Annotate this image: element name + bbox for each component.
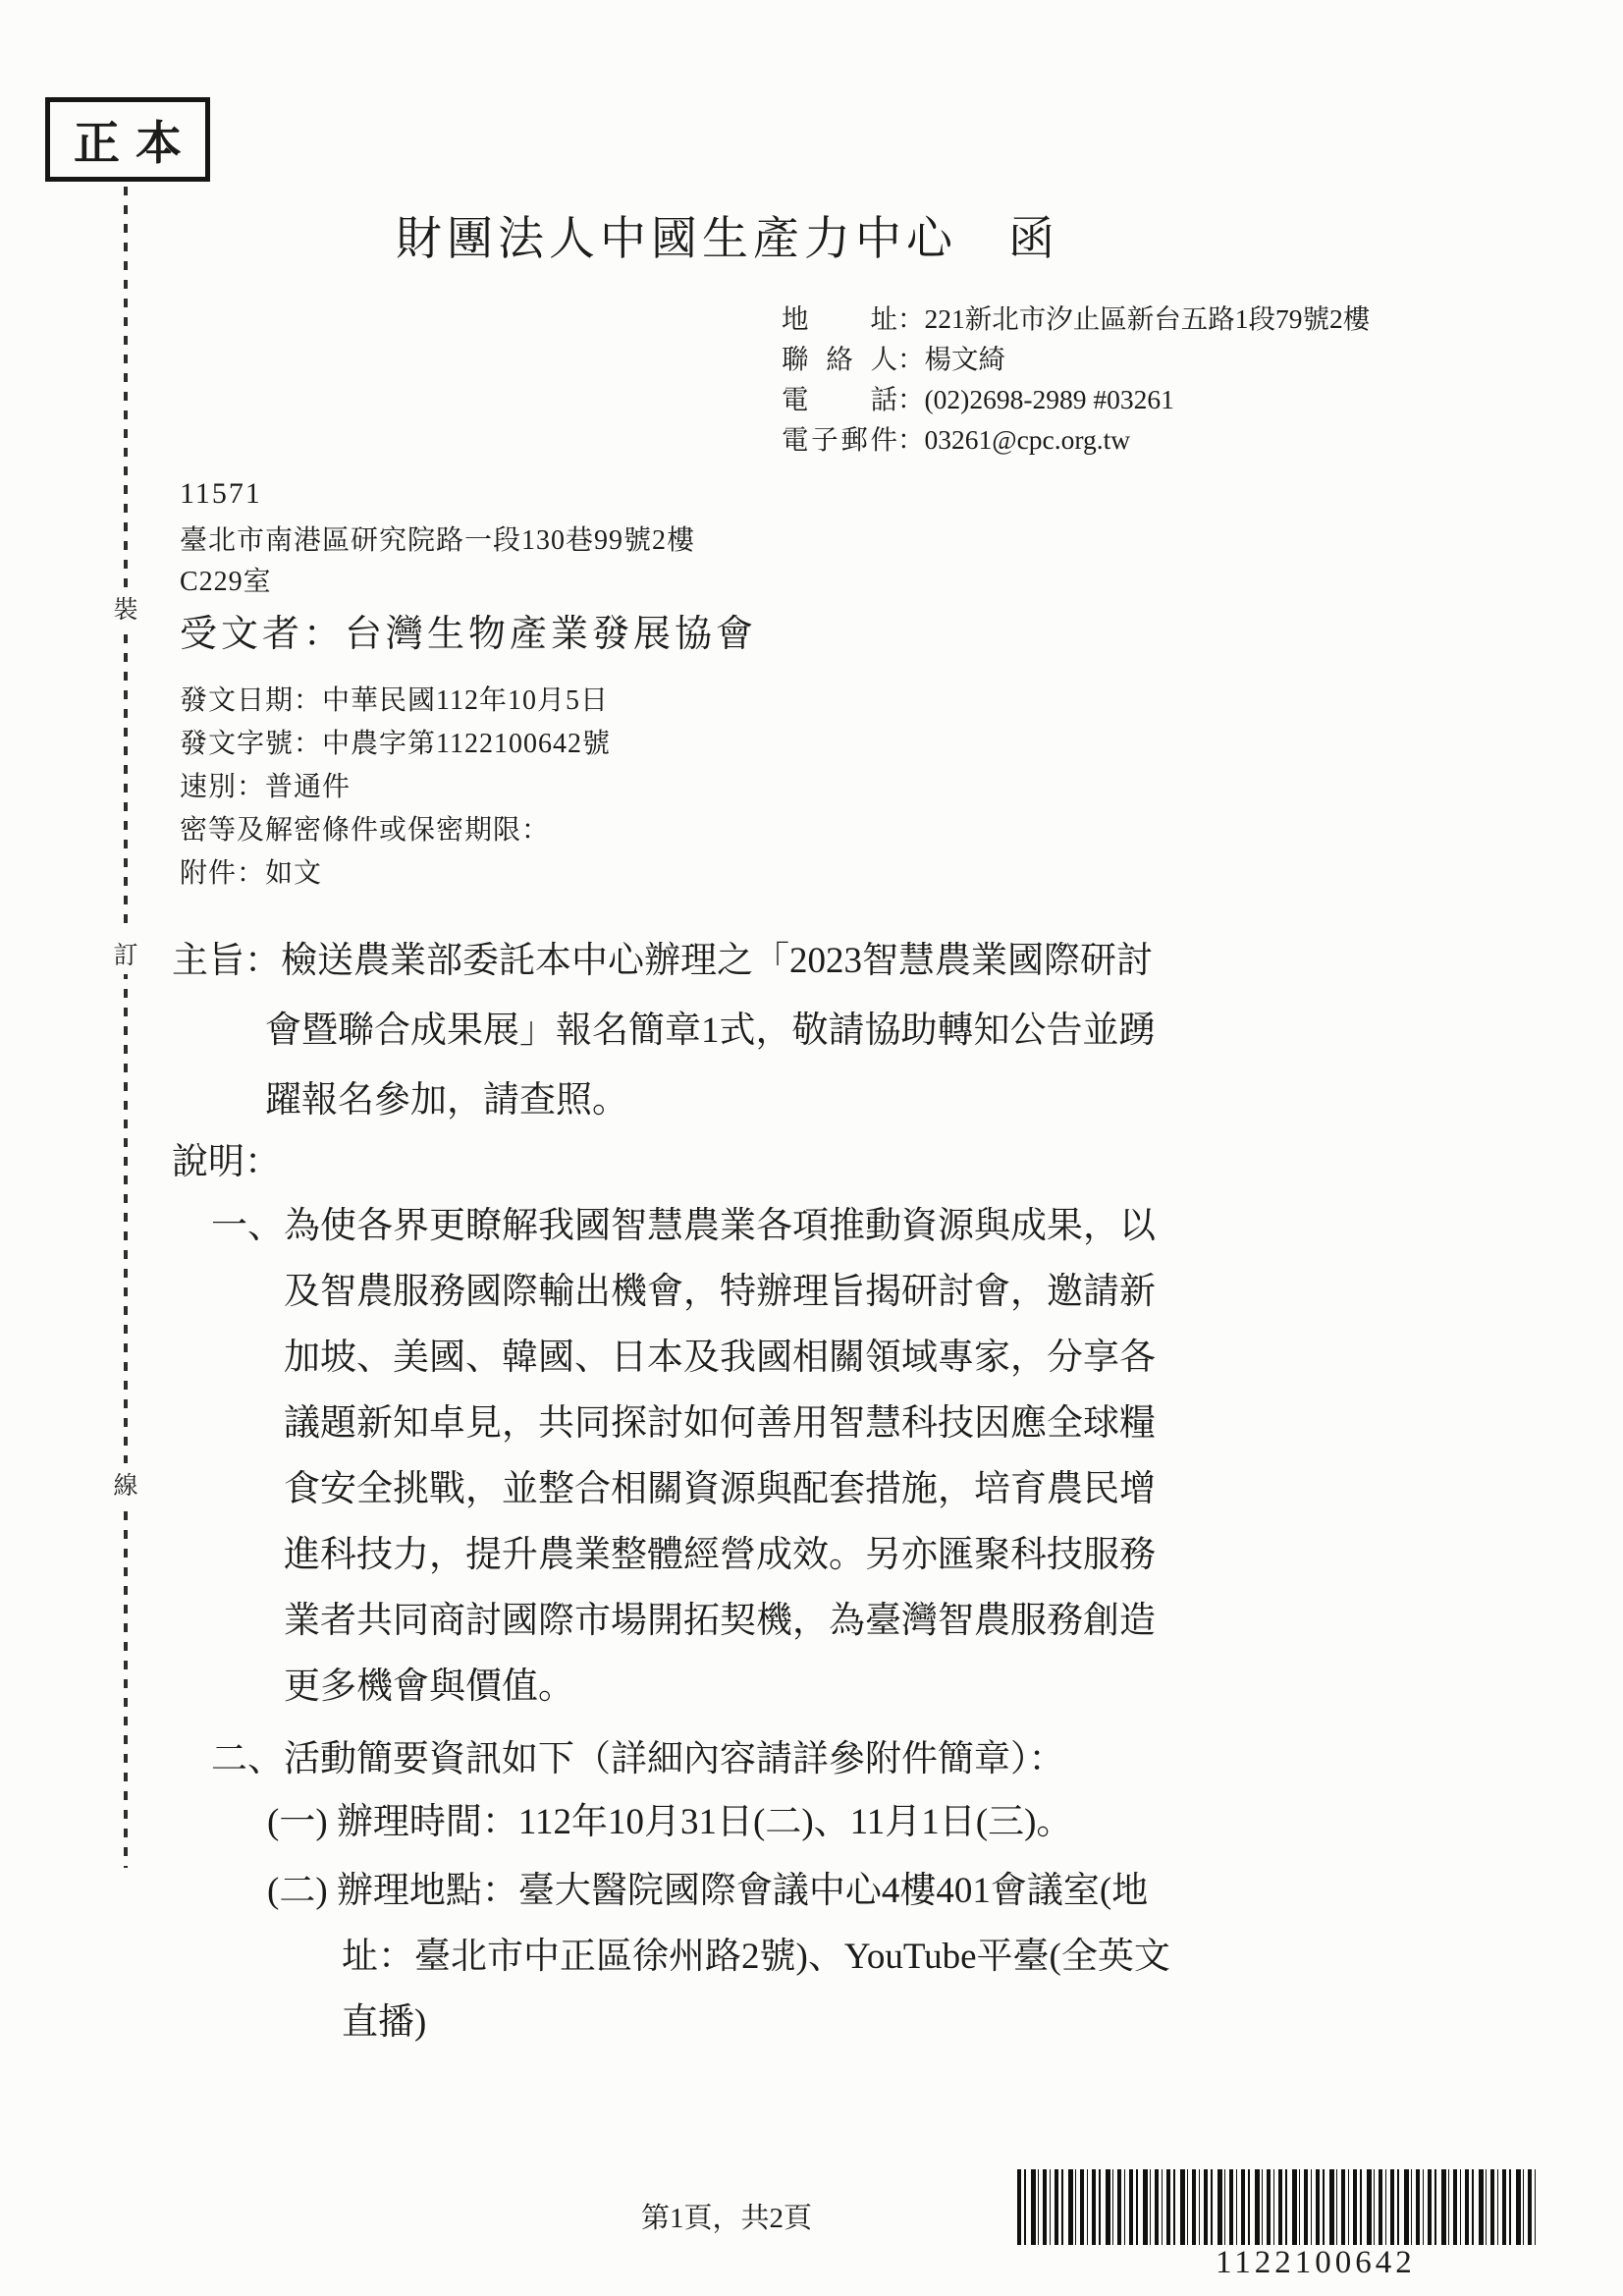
meta-doc-number-value: 中農字第1122100642號 xyxy=(322,729,611,759)
document-meta-block: 發文日期：中華民國112年10月5日 發文字號：中農字第1122100642號 … xyxy=(180,679,611,895)
description-subitem-2: (二) 辦理地點：臺大醫院國際會議中心4樓401會議室(地 址：臺北市中正區徐州… xyxy=(267,1858,1170,2055)
subject-line: 躍報名參加，請查照。 xyxy=(265,1066,1156,1135)
meta-attachment-row: 附件：如文 xyxy=(180,851,611,895)
barcode-image xyxy=(1017,2169,1536,2245)
colon: ： xyxy=(897,384,925,414)
recipient-room: C229室 xyxy=(180,560,272,599)
description-heading: 說明： xyxy=(172,1131,281,1184)
meta-issue-date-row: 發文日期：中華民國112年10月5日 xyxy=(180,679,611,722)
description-subitem-2-line: (二) 辦理地點：臺大醫院國際會議中心4樓401會議室(地 xyxy=(267,1858,1170,1924)
binding-dashed-line xyxy=(124,187,128,1868)
description-item-2: 二、活動簡要資訊如下（詳細內容請詳參附件簡章）： xyxy=(211,1728,1065,1781)
sender-email-label: 電子郵件 xyxy=(782,417,897,457)
meta-speed-value: 普通件 xyxy=(265,772,351,802)
binding-mark-zhuang: 裝 xyxy=(109,587,142,629)
footer-page-info: 第1頁，共2頁 xyxy=(550,2196,903,2236)
colon: ： xyxy=(237,772,265,802)
meta-attachment-value: 如文 xyxy=(265,858,322,889)
colon: ： xyxy=(294,729,322,759)
description-item-1-line: 一、為使各界更瞭解我國智慧農業各項推動資源與成果，以 xyxy=(211,1193,1156,1259)
colon: ： xyxy=(294,685,322,716)
description-subitem-2-line: 直播) xyxy=(342,1990,1170,2055)
sender-address-value: 221新北市汐止區新台五路1段79號2樓 xyxy=(925,303,1371,334)
description-subitem-1-line: (一) 辦理時間：112年10月31日(二)、11月1日(三)。 xyxy=(267,1791,1072,1844)
colon: ： xyxy=(237,858,265,889)
meta-doc-number-row: 發文字號：中農字第1122100642號 xyxy=(180,722,611,765)
barcode-number: 1122100642 xyxy=(1216,2245,1416,2281)
recipient-postal-code: 11571 xyxy=(180,477,262,511)
description-item-1-line: 進科技力，提升農業整體經營成效。另亦匯聚科技服務 xyxy=(284,1522,1156,1588)
sender-contact-block: 地址：221新北市汐止區新台五路1段79號2樓 聯絡人：楊文綺 電話：(02)2… xyxy=(782,297,1370,458)
description-item-1-line: 議題新知卓見，共同探討如何善用智慧科技因應全球糧 xyxy=(284,1391,1156,1456)
copy-label-stamp: 正本 xyxy=(45,97,210,182)
sender-phone-label: 電話 xyxy=(782,377,897,416)
description-item-1-line: 更多機會與價值。 xyxy=(284,1654,1156,1720)
meta-issue-date-value: 中華民國112年10月5日 xyxy=(322,685,609,716)
meta-speed-row: 速別：普通件 xyxy=(180,765,611,808)
official-letter-page: 正本 裝 訂 線 財團法人中國生產力中心 函 地址：221新北市汐止區新台五路1… xyxy=(0,0,1623,2296)
colon: ： xyxy=(897,303,925,334)
meta-speed-label: 速別 xyxy=(180,772,237,802)
sender-email-row: 電子郵件：03261@cpc.org.tw xyxy=(782,417,1370,458)
meta-security-label: 密等及解密條件或保密期限 xyxy=(180,815,521,846)
sender-phone-value: (02)2698-2989 #03261 xyxy=(925,384,1174,414)
description-item-1: 一、為使各界更瞭解我國智慧農業各項推動資源與成果，以 及智農服務國際輸出機會，特… xyxy=(211,1193,1156,1720)
subject-paragraph: 主旨：檢送農業部委託本中心辦理之「2023智慧農業國際研討 會暨聯合成果展」報名… xyxy=(172,926,1156,1135)
sender-address-label: 地址 xyxy=(782,297,897,336)
description-subitem-2-line: 址：臺北市中正區徐州路2號)、YouTube平臺(全英文 xyxy=(342,1924,1170,1990)
document-title: 財團法人中國生產力中心 函 xyxy=(396,202,1059,268)
meta-security-row: 密等及解密條件或保密期限： xyxy=(180,808,611,851)
colon: ： xyxy=(897,344,925,374)
sender-contact-person-label: 聯絡人 xyxy=(782,337,897,376)
meta-doc-number-label: 發文字號 xyxy=(180,729,294,759)
meta-issue-date-label: 發文日期 xyxy=(180,685,294,716)
description-item-1-line: 加坡、美國、韓國、日本及我國相關領域專家，分享各 xyxy=(284,1325,1156,1391)
sender-contact-person-value: 楊文綺 xyxy=(925,344,1006,374)
sender-phone-row: 電話：(02)2698-2989 #03261 xyxy=(782,377,1370,417)
recipient-line: 受文者：台灣生物產業發展協會 xyxy=(180,603,757,657)
colon: ： xyxy=(521,815,550,846)
subject-line: 主旨：檢送農業部委託本中心辦理之「2023智慧農業國際研討 xyxy=(172,926,1156,996)
sender-address-row: 地址：221新北市汐止區新台五路1段79號2樓 xyxy=(782,297,1370,337)
sender-contact-person-row: 聯絡人：楊文綺 xyxy=(782,337,1370,377)
meta-attachment-label: 附件 xyxy=(180,858,237,889)
sender-email-value: 03261@cpc.org.tw xyxy=(925,424,1131,455)
colon: ： xyxy=(897,424,925,455)
binding-mark-xian: 線 xyxy=(109,1463,142,1504)
binding-mark-ding: 訂 xyxy=(109,933,142,974)
description-item-1-line: 業者共同商討國際市場開拓契機，為臺灣智農服務創造 xyxy=(284,1588,1156,1654)
description-item-1-line: 食安全挑戰，並整合相關資源與配套措施，培育農民增 xyxy=(284,1456,1156,1522)
description-item-1-line: 及智農服務國際輸出機會，特辦理旨揭研討會，邀請新 xyxy=(284,1259,1156,1325)
subject-line: 會暨聯合成果展」報名簡章1式，敬請協助轉知公告並踴 xyxy=(265,996,1156,1066)
recipient-address: 臺北市南港區研究院路一段130巷99號2樓 xyxy=(180,519,695,558)
description-subitem-1: (一) 辦理時間：112年10月31日(二)、11月1日(三)。 xyxy=(267,1791,1072,1844)
